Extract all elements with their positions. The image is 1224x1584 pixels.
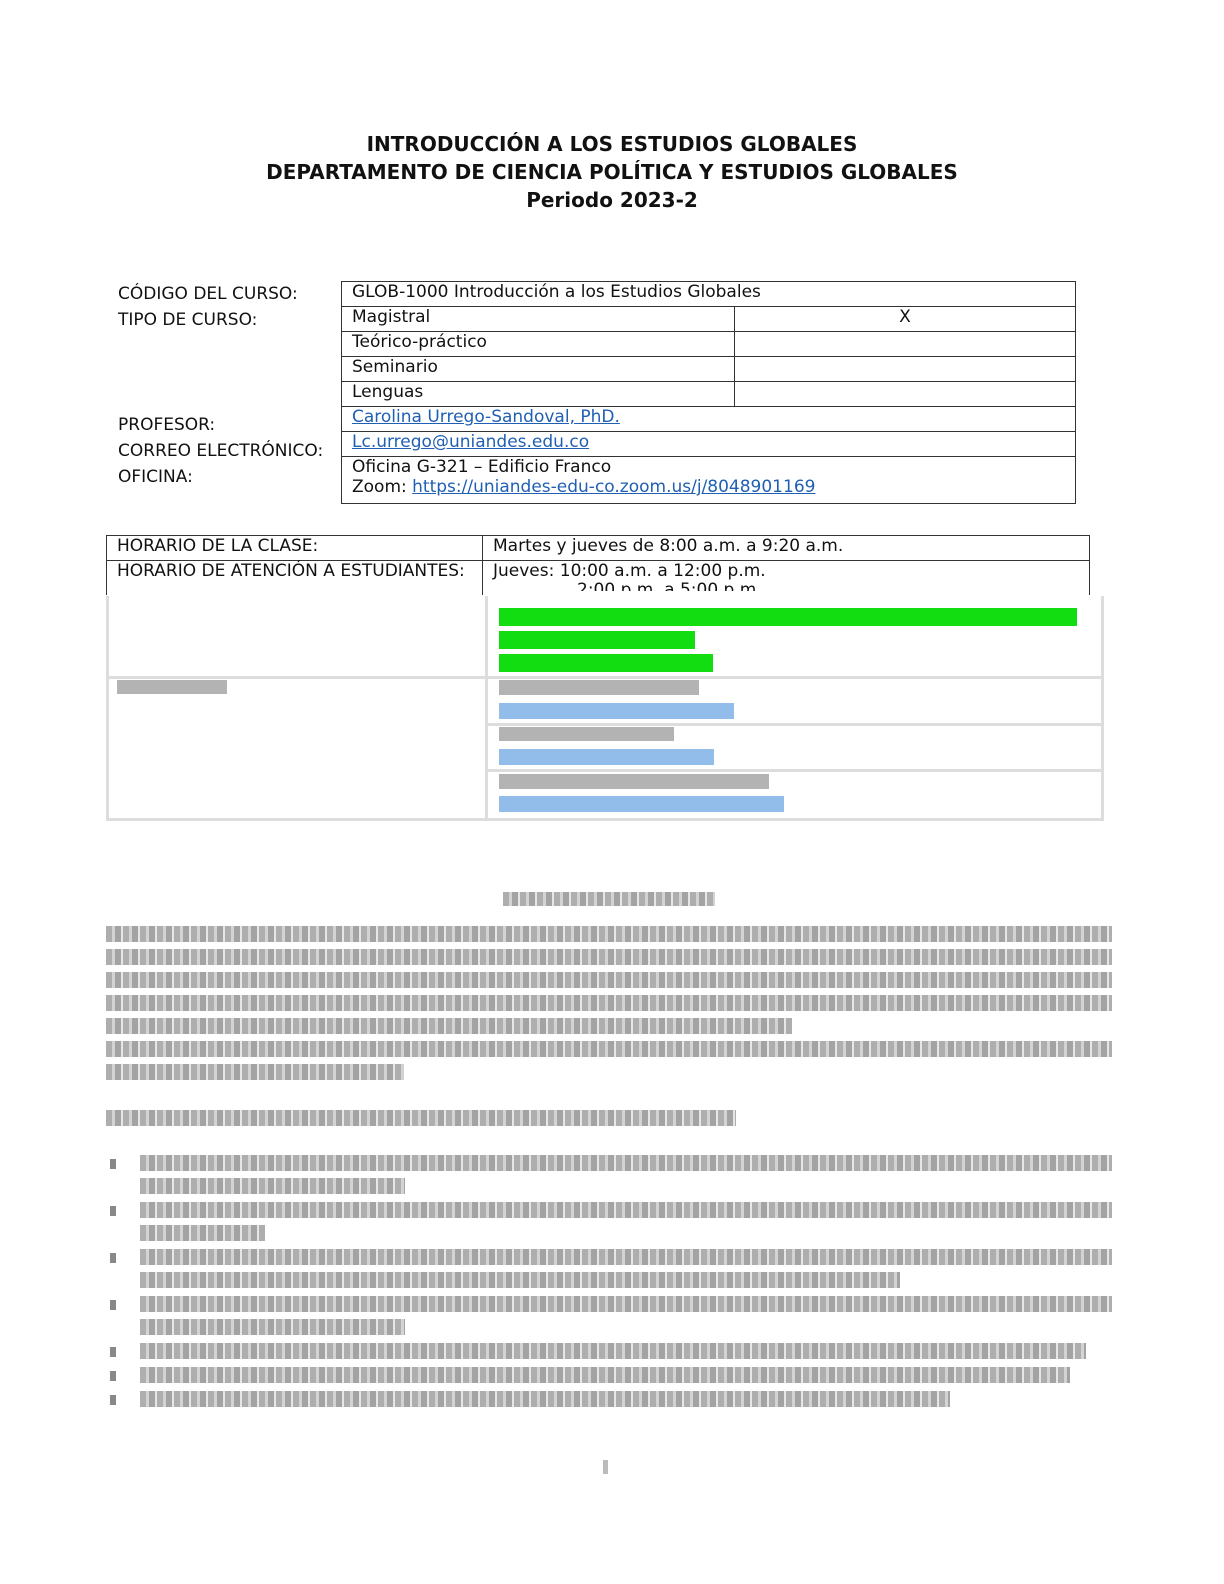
label-codigo: CÓDIGO DEL CURSO:	[118, 281, 298, 307]
bullet-icon	[110, 1371, 116, 1381]
bullet-icon	[110, 1159, 116, 1169]
monitor-email	[499, 749, 714, 765]
professor-link[interactable]: Carolina Urrego-Sandoval, PhD.	[352, 407, 620, 427]
highlighted-note	[499, 608, 1077, 626]
tipo-name: Seminario	[342, 357, 735, 382]
monitor-email	[499, 703, 734, 719]
label-correo: CORREO ELECTRÓNICO:	[118, 438, 323, 464]
tipo-mark	[735, 357, 1076, 382]
email-link[interactable]: Lc.urrego@uniandes.edu.co	[352, 432, 589, 452]
tipo-name: Lenguas	[342, 382, 735, 407]
bullet-icon	[110, 1300, 116, 1310]
office-value: Oficina G-321 – Edificio Franco	[352, 457, 1065, 477]
bullet-icon	[110, 1253, 116, 1263]
tipo-mark	[735, 382, 1076, 407]
course-title: INTRODUCCIÓN A LOS ESTUDIOS GLOBALES	[0, 130, 1224, 158]
zoom-label: Zoom:	[352, 477, 412, 497]
tipo-mark: X	[735, 307, 1076, 332]
course-code-value: GLOB-1000 Introducción a los Estudios Gl…	[342, 282, 1076, 307]
office-hours-line1: Jueves: 10:00 a.m. a 12:00 p.m.	[493, 561, 1079, 581]
monitors-label	[117, 680, 227, 694]
label-oficina: OFICINA:	[118, 464, 193, 490]
office-hours-label: HORARIO DE ATENCIÓN A ESTUDIANTES:	[107, 561, 483, 596]
tipo-mark	[735, 332, 1076, 357]
redacted-monitors-section	[106, 596, 1104, 821]
label-tipo: TIPO DE CURSO:	[118, 307, 257, 333]
class-schedule-value: Martes y jueves de 8:00 a.m. a 9:20 a.m.	[483, 536, 1090, 561]
monitor-name	[499, 680, 699, 695]
tipo-name: Magistral	[342, 307, 735, 332]
section-heading	[503, 892, 715, 906]
department-title: DEPARTAMENTO DE CIENCIA POLÍTICA Y ESTUD…	[0, 158, 1224, 186]
monitor-name	[499, 774, 769, 789]
tipo-name: Teórico-práctico	[342, 332, 735, 357]
schedule-table: HORARIO DE LA CLASE: Martes y jueves de …	[106, 535, 1090, 595]
zoom-link[interactable]: https://uniandes-edu-co.zoom.us/j/804890…	[412, 477, 815, 497]
period-title: Periodo 2023-2	[0, 186, 1224, 214]
page-number	[603, 1460, 608, 1474]
class-schedule-label: HORARIO DE LA CLASE:	[107, 536, 483, 561]
label-profesor: PROFESOR:	[118, 412, 215, 438]
bullet-icon	[110, 1347, 116, 1357]
monitor-email	[499, 796, 784, 812]
office-hours-line2: 2:00 p.m. a 5:00 p.m.	[493, 581, 1079, 591]
monitor-name	[499, 727, 674, 741]
bullet-icon	[110, 1395, 116, 1405]
course-info-table: GLOB-1000 Introducción a los Estudios Gl…	[341, 281, 1076, 504]
bullet-icon	[110, 1206, 116, 1216]
